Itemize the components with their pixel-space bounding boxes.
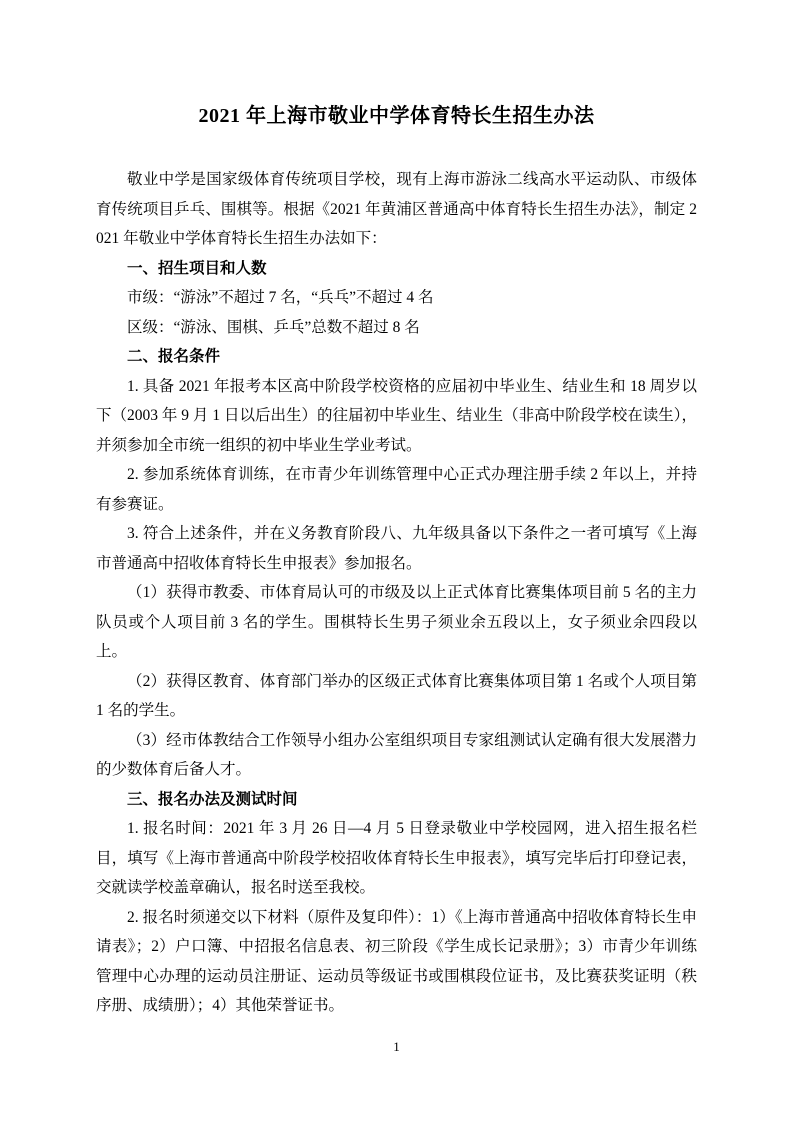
- paragraph: （1）获得市教委、市体育局认可的市级及以上正式体育比赛集体项目前 5 名的主力队…: [96, 578, 697, 667]
- page-number: 1: [393, 1039, 400, 1054]
- document-page: 2021 年上海市敬业中学体育特长生招生办法 敬业中学是国家级体育传统项目学校，…: [0, 0, 793, 1122]
- section-heading: 二、报名条件: [96, 342, 697, 372]
- section-heading: 三、报名办法及测试时间: [96, 785, 697, 815]
- paragraph: 市级：“游泳”不超过 7 名，“兵乓”不超过 4 名: [96, 283, 697, 313]
- paragraph: （3）经市体教结合工作领导小组办公室组织项目专家组测试认定确有很大发展潜力的少数…: [96, 726, 697, 785]
- page-footer: 1: [0, 1038, 793, 1056]
- paragraph: 敬业中学是国家级体育传统项目学校，现有上海市游泳二线高水平运动队、市级体育传统项…: [96, 165, 697, 254]
- paragraph: 1. 报名时间：2021 年 3 月 26 日—4 月 5 日登录敬业中学校园网…: [96, 814, 697, 903]
- paragraph: 3. 符合上述条件，并在义务教育阶段八、九年级具备以下条件之一者可填写《上海市普…: [96, 519, 697, 578]
- paragraph: 2. 参加系统体育训练，在市青少年训练管理中心正式办理注册手续 2 年以上，并持…: [96, 460, 697, 519]
- section-heading: 一、招生项目和人数: [96, 254, 697, 284]
- paragraph: 2. 报名时须递交以下材料（原件及复印件）：1）《上海市普通高中招收体育特长生申…: [96, 903, 697, 1021]
- paragraph: 区级：“游泳、围棋、乒乓”总数不超过 8 名: [96, 313, 697, 343]
- document-body: 敬业中学是国家级体育传统项目学校，现有上海市游泳二线高水平运动队、市级体育传统项…: [96, 165, 697, 1021]
- document-title: 2021 年上海市敬业中学体育特长生招生办法: [96, 103, 697, 130]
- paragraph: 1. 具备 2021 年报考本区高中阶段学校资格的应届初中毕业生、结业生和 18…: [96, 372, 697, 461]
- paragraph: （2）获得区教育、体育部门举办的区级正式体育比赛集体项目第 1 名或个人项目第 …: [96, 667, 697, 726]
